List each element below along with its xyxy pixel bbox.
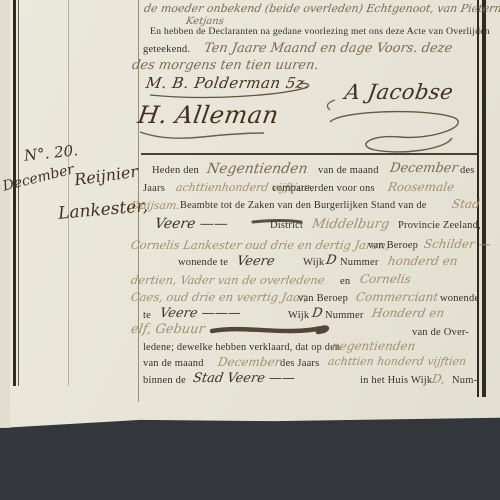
act-van-de-maand: van de maand bbox=[318, 165, 379, 176]
act-ledene: ledene; dewelke hebben verklaard, dat op… bbox=[143, 342, 340, 353]
act-van-de-maand2: van de maand bbox=[143, 358, 204, 369]
act-day-handwritten: Negentienden bbox=[206, 161, 309, 177]
act-nummer1: Nummer bbox=[340, 257, 379, 268]
prev-act-handwritten-line: de moeder onbekend (beide overleden) Ech… bbox=[143, 2, 500, 15]
right-border-outer bbox=[482, 0, 486, 397]
act-num: Num- bbox=[452, 375, 477, 386]
act-plaats-handwritten: Veere —— bbox=[154, 216, 229, 232]
act-heden-den: Heden den bbox=[152, 165, 199, 176]
left-border-inner bbox=[18, 0, 19, 386]
act-des: des bbox=[460, 165, 475, 176]
page-left-edge bbox=[0, 0, 10, 428]
act-van-beroep1: van Beroep bbox=[368, 240, 418, 251]
act-huis-wijk-handwritten: D, bbox=[431, 372, 446, 386]
signature-polderman: M. B. Polderman 5z. bbox=[145, 74, 312, 92]
act-declarant2a-handwritten: Cornelis bbox=[359, 272, 412, 286]
act-wonende-te1: wonende te bbox=[178, 257, 228, 268]
left-border-outer bbox=[13, 0, 16, 386]
act-in-het-huis: in het Huis Wijk bbox=[360, 375, 432, 386]
act-declarant2b-handwritten: Caes, oud drie en veertig Jaar, bbox=[130, 290, 309, 304]
act-separator-rule bbox=[141, 153, 477, 155]
act-nummer1b-handwritten: dertien, Vader van de overledene bbox=[130, 273, 326, 287]
act-jaars: Jaars bbox=[143, 183, 165, 194]
act-en: en bbox=[340, 276, 350, 287]
act-official-name2-handwritten: Duijsam. bbox=[130, 199, 181, 212]
act-wijk1: Wijk bbox=[303, 257, 324, 268]
prev-act-time-line: des morgens ten tien uuren. bbox=[131, 58, 320, 73]
act-beroep2-handwritten: Commerciant bbox=[355, 290, 439, 304]
act-van-beroep2: van Beroep bbox=[298, 293, 348, 304]
act-district: District bbox=[270, 220, 303, 231]
act-stad-handwritten: Stad bbox=[451, 197, 481, 211]
act-nummer2-handwritten: Honderd en bbox=[371, 306, 445, 320]
signature-alleman: H. Alleman bbox=[136, 101, 281, 129]
act-overlijden-dag-handwritten: negentienden bbox=[331, 339, 417, 353]
signature-jacobse: A Jacobse bbox=[343, 80, 455, 104]
act-des-jaars: des Jaars bbox=[280, 358, 319, 369]
act-beambte: Beambte tot de Zaken van den Burgerlijke… bbox=[180, 200, 427, 211]
act-wonende2: wonende bbox=[440, 293, 479, 304]
act-official-name-handwritten: Roosemale bbox=[387, 180, 455, 194]
act-nummer2: Nummer bbox=[325, 310, 364, 321]
act-overlijden-plaats-handwritten: Stad Veere —— bbox=[192, 371, 296, 386]
scanned-death-record: de moeder onbekend (beide overleden) Ech… bbox=[0, 0, 500, 500]
act-compareerden: compareerden voor ons bbox=[272, 183, 375, 194]
act-woonplaats1-handwritten: Veere bbox=[236, 254, 276, 269]
act-overlijden-maand-handwritten: December bbox=[217, 355, 282, 369]
act-provincie: Provincie Zeeland, bbox=[398, 220, 481, 231]
act-te: te bbox=[143, 310, 151, 321]
margin-faint-line bbox=[68, 0, 69, 386]
act-district-handwritten: Middelburg bbox=[311, 217, 391, 232]
prev-act-signed-word: geteekend. bbox=[143, 44, 190, 55]
act-binnen-de: binnen de bbox=[143, 375, 186, 386]
act-overlijden-jaar-handwritten: achttien honderd vijftien bbox=[327, 355, 467, 368]
act-van-de-over: van de Over- bbox=[412, 327, 469, 338]
prev-act-signed-addition: Ten Jaare Maand en dage Voors. deze bbox=[203, 41, 454, 56]
act-wijk2: Wijk bbox=[288, 310, 309, 321]
act-nummer1-handwritten: honderd en bbox=[387, 254, 459, 268]
act-nummer2b-handwritten: elf, Gebuur bbox=[130, 322, 206, 337]
act-declarant1-handwritten: Cornelis Lankester oud drie en dertig Ja… bbox=[130, 238, 391, 252]
act-month-handwritten: December bbox=[389, 161, 459, 176]
act-beroep1-handwritten: Schilder — bbox=[423, 237, 492, 251]
prev-act-printed-line: En hebben de Declaranten na gedane voorl… bbox=[150, 26, 490, 37]
act-woonplaats2-handwritten: Veere ——— bbox=[159, 306, 242, 321]
